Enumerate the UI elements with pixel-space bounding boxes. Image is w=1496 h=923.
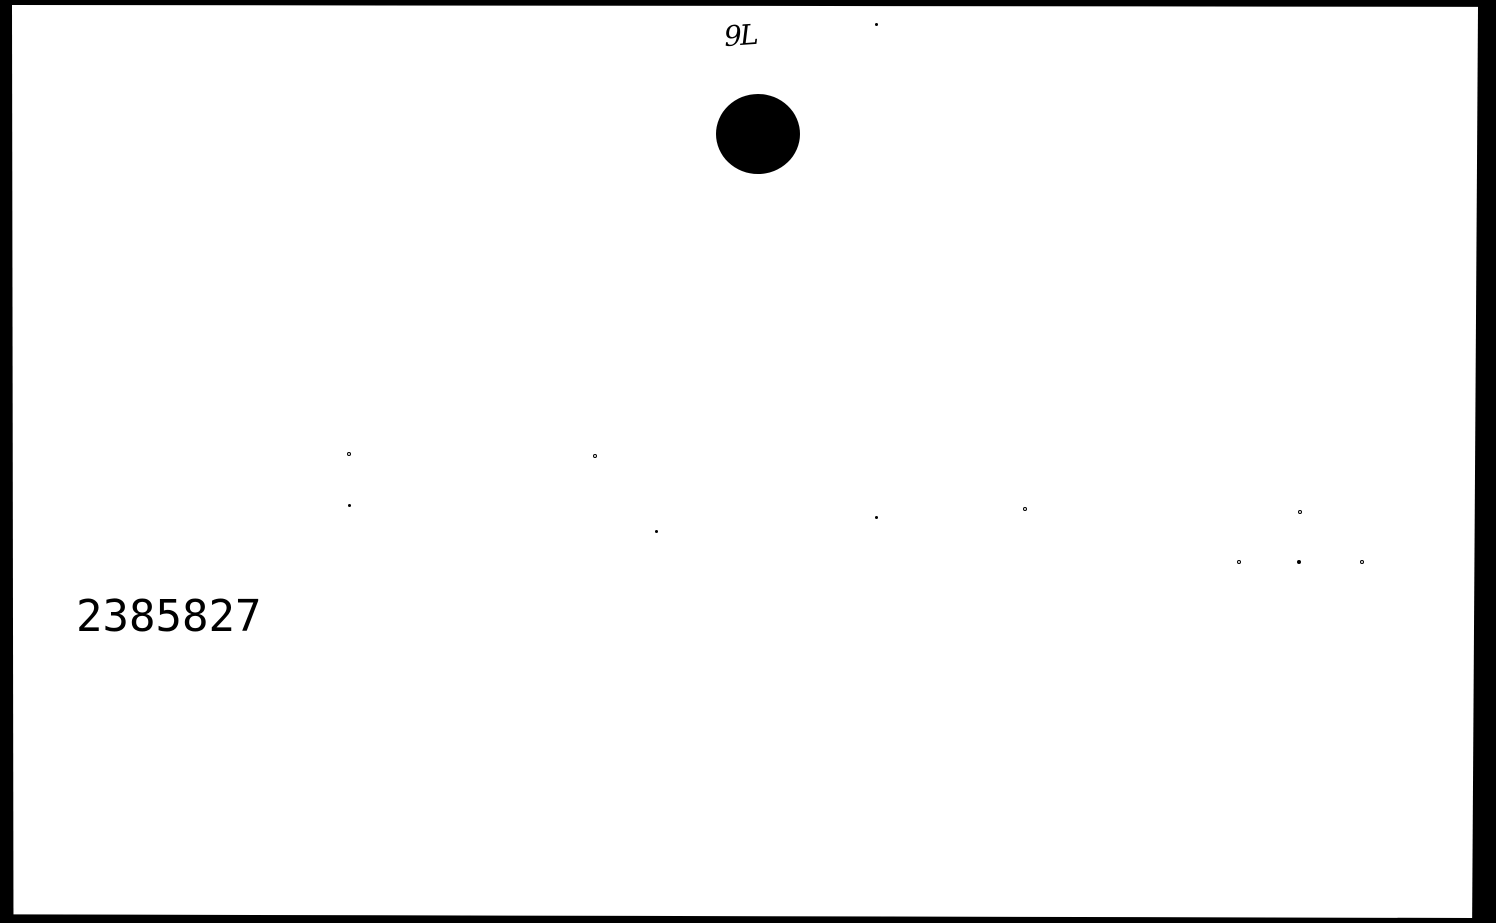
- scan-speck: [1237, 560, 1241, 564]
- scan-speck: [347, 452, 351, 456]
- scan-speck: [1023, 507, 1027, 511]
- index-card: 9L 2385827: [12, 5, 1478, 918]
- scan-speck: [1360, 560, 1364, 564]
- scan-speck: [655, 530, 658, 533]
- scan-speck: [1298, 510, 1302, 514]
- scan-speck: [1297, 560, 1301, 564]
- scan-speck: [875, 516, 878, 519]
- scan-speck: [348, 504, 351, 507]
- scan-speck: [875, 23, 878, 26]
- punch-hole: [716, 94, 800, 174]
- scan-speck: [593, 454, 597, 458]
- card-number: 2385827: [76, 591, 261, 642]
- handwritten-note: 9L: [723, 18, 758, 53]
